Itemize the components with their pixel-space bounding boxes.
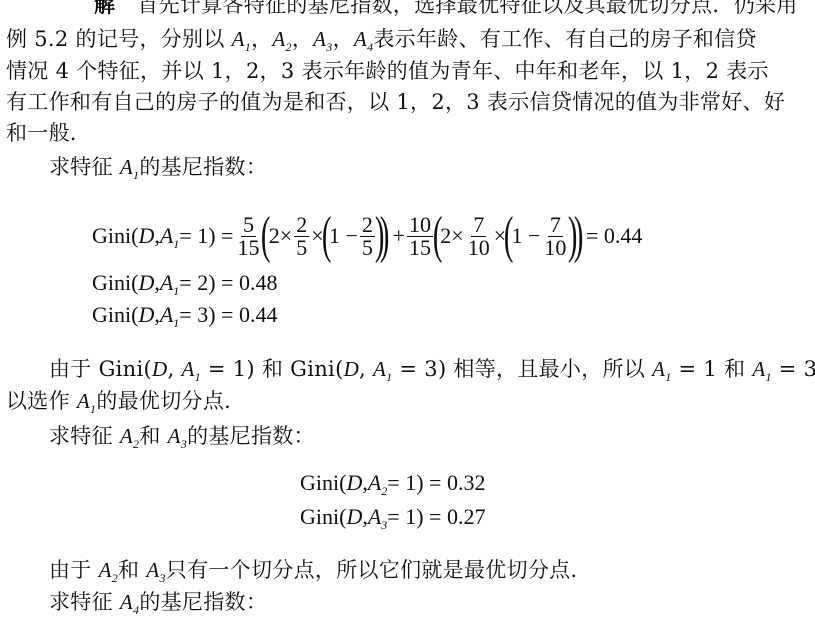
para1-line1: 解首先计算各特征的基尼指数，选择最优特征以及其最优切分点．仍采用 (94, 0, 798, 17)
fraction: 710 (466, 214, 492, 259)
heading-a2-a3: 求特征 A2和 A3的基尼指数： (49, 424, 315, 448)
feature-a2: A2 (272, 27, 291, 51)
heading-a4: 求特征 A4的基尼指数： (49, 590, 267, 614)
fraction: 1015 (407, 214, 433, 259)
para1-line4: 有工作和有自己的房子的值为是和否，以 1，2，3 表示信贷情况的值为非常好、好 (6, 90, 785, 114)
heading-a1-post: 的基尼指数： (139, 155, 267, 179)
para1-text-1: 首先计算各特征的基尼指数，选择最优特征以及其最优切分点．仍采用 (137, 0, 797, 17)
formula-gini-a1-eq1: Gini(D, A1 = 1) = 515 (2× 25 ×(1 − 25 ))… (92, 208, 642, 264)
solution-label: 解 (94, 0, 115, 17)
para1-line5: 和一般． (6, 121, 91, 145)
separator: ， (333, 27, 354, 51)
fraction: 710 (542, 214, 568, 259)
feature-a1: A1 (120, 155, 139, 179)
fraction: 25 (294, 214, 309, 259)
heading-a1: 求特征 A1的基尼指数： (49, 155, 267, 179)
para1-text-2a: 例 5.2 的记号，分别以 (6, 27, 232, 51)
para1-line2: 例 5.2 的记号，分别以 A1，A2，A3，A4表示年龄、有工作、有自己的房子… (6, 27, 757, 51)
para1-line3: 情况 4 个特征，并以 1，2，3 表示年龄的值为青年、中年和老年，以 1，2 … (6, 59, 769, 83)
separator: ， (292, 27, 313, 51)
fraction: 515 (235, 214, 261, 259)
formula-gini-a1-eq3: Gini(D, A1 = 3) = 0.44 (92, 302, 277, 328)
formula-gini-a3: Gini(D, A3 = 1) = 0.27 (300, 504, 485, 530)
feature-a1: A1 (232, 27, 251, 51)
heading-a1-pre: 求特征 (49, 155, 120, 179)
para1-text-2b: 表示年龄、有工作、有自己的房子和信贷 (373, 27, 756, 51)
para2-line1: 由于 Gini(D, A1 = 1) 和 Gini(D, A1 = 3) 相等，… (49, 357, 815, 381)
separator: ， (251, 27, 272, 51)
feature-a3: A3 (313, 27, 332, 51)
formula-gini-a1-eq2: Gini(D, A1 = 2) = 0.48 (92, 270, 277, 296)
feature-a4: A4 (354, 27, 373, 51)
para3: 由于 A2和 A3只有一个切分点，所以它们就是最优切分点． (49, 558, 592, 582)
para2-line2: 以选作 A1的最优切分点． (6, 389, 245, 413)
formula-gini-a2: Gini(D, A2 = 1) = 0.32 (300, 470, 485, 496)
fraction: 25 (360, 214, 375, 259)
